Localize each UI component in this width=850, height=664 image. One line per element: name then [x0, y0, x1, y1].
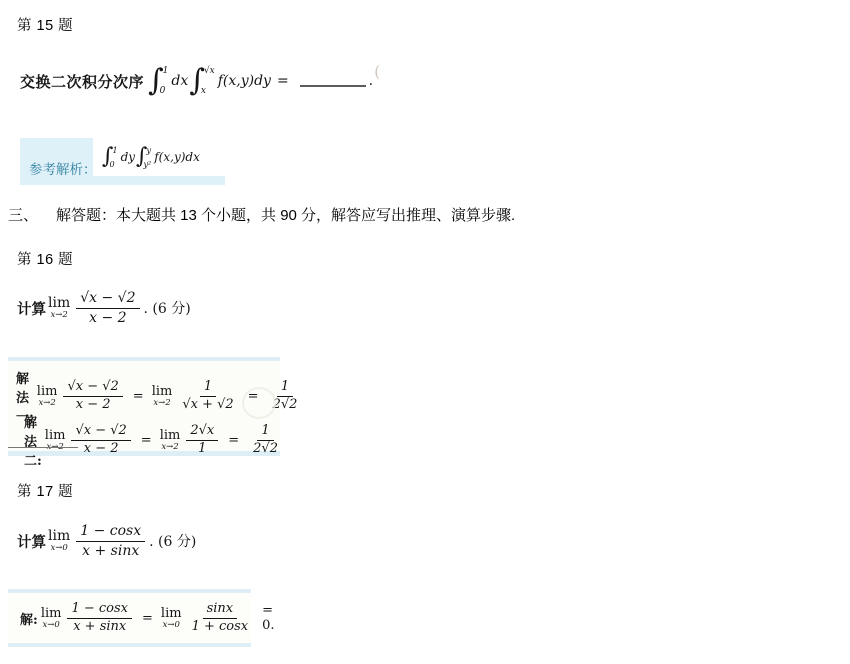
limit-word: lim [161, 607, 182, 620]
fraction: √x − √2 x − 2 [76, 290, 139, 325]
limit-subscript: x→0 [163, 621, 180, 630]
integral-inner: ∫ √x x [189, 66, 216, 96]
fraction: sinx 1 + cosx [188, 602, 253, 635]
equals-sign: = [141, 433, 152, 448]
q17-solution-panel: 解: lim x→0 1 − cosx x + sinx = lim x→0 s… [8, 589, 251, 647]
fraction-numerator: 1 − cosx [76, 523, 145, 541]
result: = 0. [262, 603, 274, 633]
q16-question-formula: 计算 lim x→2 √x − √2 x − 2 . (6 分) [17, 284, 191, 332]
integrand: f(x,y)dx [154, 150, 200, 164]
q15-answer-formula: ∫ 1 0 dy ∫ y y² f(x,y)dx [93, 138, 225, 176]
section3-heading: 三、 解答题：本大题共 13 个小题，共 90 分，解答应写出推理、演算步骤. [8, 204, 515, 225]
equals-sign: = [228, 433, 239, 448]
limit-word: lim [152, 385, 173, 398]
fraction-numerator: 1 [277, 380, 293, 397]
limit-word: lim [37, 385, 58, 398]
reference-analysis-label: 参考解析： [29, 158, 97, 178]
fraction-denominator: 1 [194, 441, 210, 457]
limit-subscript: x→2 [50, 311, 67, 320]
fraction: √x − √2 x − 2 [63, 380, 122, 413]
limit-word: lim [48, 529, 70, 543]
limit-word: lim [160, 429, 181, 442]
fraction-numerator: 1 [200, 380, 216, 397]
fraction-numerator: 2√x [186, 424, 218, 441]
fraction-denominator: x − 2 [72, 397, 115, 413]
limit-word: lim [48, 296, 70, 310]
limit-word: lim [41, 607, 62, 620]
limit: lim x→2 [160, 429, 181, 452]
integral-limits: √x x [204, 66, 215, 96]
fraction: 1 √x + √2 [178, 380, 237, 413]
limit-subscript: x→0 [50, 544, 67, 553]
fraction-numerator: 1 − cosx [67, 602, 132, 619]
fraction-denominator: x − 2 [80, 441, 123, 457]
limit-subscript: x→2 [38, 399, 55, 408]
limit-subscript: x→0 [42, 621, 59, 630]
integral-upper-limit: y [147, 146, 152, 155]
fraction-denominator: x − 2 [85, 309, 130, 326]
limit: lim x→0 [48, 529, 70, 553]
integral-inner: ∫ y y² [136, 146, 153, 169]
fraction-numerator: √x − √2 [71, 424, 130, 441]
integral-lower-limit: y² [144, 160, 152, 169]
q17-question-suffix: . (6 分) [149, 531, 196, 551]
q17-question-prefix: 计算 [17, 531, 46, 552]
integral-upper-limit: 1 [112, 146, 117, 155]
q16-title: 第 16 题 [17, 248, 73, 269]
limit-word: lim [45, 429, 66, 442]
method2-label: 解法二: [24, 412, 42, 469]
limit: lim x→0 [161, 607, 182, 630]
integral-outer: ∫ 1 0 [148, 66, 170, 96]
fraction: 2√x 1 [186, 424, 218, 457]
limit-subscript: x→2 [161, 443, 178, 452]
fraction-numerator: √x − √2 [76, 290, 139, 308]
integrand: dx [171, 73, 188, 89]
fraction-denominator: 1 + cosx [188, 619, 253, 635]
solution-label: 解: [20, 609, 38, 628]
limit: lim x→2 [48, 296, 70, 320]
integral-lower-limit: 0 [109, 160, 114, 169]
fraction-numerator: 1 [257, 424, 273, 441]
q16-question-suffix: . (6 分) [144, 298, 191, 318]
integral-upper-limit: 1 [163, 66, 169, 76]
integrand: dy [121, 150, 135, 164]
scan-artifact: ( [374, 62, 380, 81]
scan-watermark [242, 387, 276, 419]
limit: lim x→2 [37, 385, 58, 408]
q15-title: 第 15 题 [17, 14, 73, 35]
q17-title: 第 17 题 [17, 480, 73, 501]
integral-limits: 1 0 [163, 66, 169, 96]
equals-sign: = [277, 73, 289, 89]
q15-question-prefix: 交换二次积分次序 [20, 71, 144, 92]
integral-limits: 1 0 [112, 146, 117, 169]
fraction-denominator: x + sinx [78, 542, 143, 559]
fraction-numerator: √x − √2 [63, 380, 122, 397]
q15-reference-analysis-panel: ∫ 1 0 dy ∫ y y² f(x,y)dx 参考解析： [20, 138, 225, 185]
integral-limits: y y² [147, 146, 152, 169]
fraction: √x − √2 x − 2 [71, 424, 130, 457]
limit-subscript: x→2 [153, 399, 170, 408]
scan-artifact-line [8, 447, 78, 448]
integral-lower-limit: 0 [160, 86, 166, 96]
integrand: f(x,y)dy [218, 73, 271, 89]
period: . [369, 73, 373, 89]
fraction-denominator: 2√2 [249, 441, 282, 457]
q16-solution-panel: 解法一: lim x→2 √x − √2 x − 2 = lim x→2 1 √… [8, 357, 280, 456]
q15-question-formula: 交换二次积分次序 ∫ 1 0 dx ∫ √x x f(x,y)dy = . ( [20, 58, 379, 104]
fraction: 1 − cosx x + sinx [67, 602, 132, 635]
section3-text: 解答题：本大题共 13 个小题，共 90 分，解答应写出推理、演算步骤. [56, 204, 515, 225]
fraction: 1 2√2 [249, 424, 282, 457]
answer-blank [300, 76, 366, 87]
q16-solution-method2: 解法二: lim x→2 √x − √2 x − 2 = lim x→2 2√x… [24, 412, 286, 469]
fraction-denominator: √x + √2 [178, 397, 237, 413]
section3-index: 三、 [8, 204, 38, 225]
exam-document-page: 第 15 题 交换二次积分次序 ∫ 1 0 dx ∫ √x x f(x,y)dy… [0, 0, 850, 664]
integral-upper-limit: √x [204, 66, 215, 76]
integral-lower-limit: x [201, 86, 206, 96]
limit: lim x→2 [152, 385, 173, 408]
q16-question-prefix: 计算 [17, 298, 46, 319]
fraction-numerator: sinx [203, 602, 238, 619]
equals-sign: = [142, 611, 153, 626]
equals-sign: = [133, 389, 144, 404]
q17-question-formula: 计算 lim x→0 1 − cosx x + sinx . (6 分) [17, 517, 196, 565]
limit: lim x→0 [41, 607, 62, 630]
integral-outer: ∫ 1 0 [102, 146, 120, 169]
fraction: 1 − cosx x + sinx [76, 523, 145, 558]
fraction-denominator: x + sinx [69, 619, 130, 635]
limit: lim x→2 [45, 429, 66, 452]
